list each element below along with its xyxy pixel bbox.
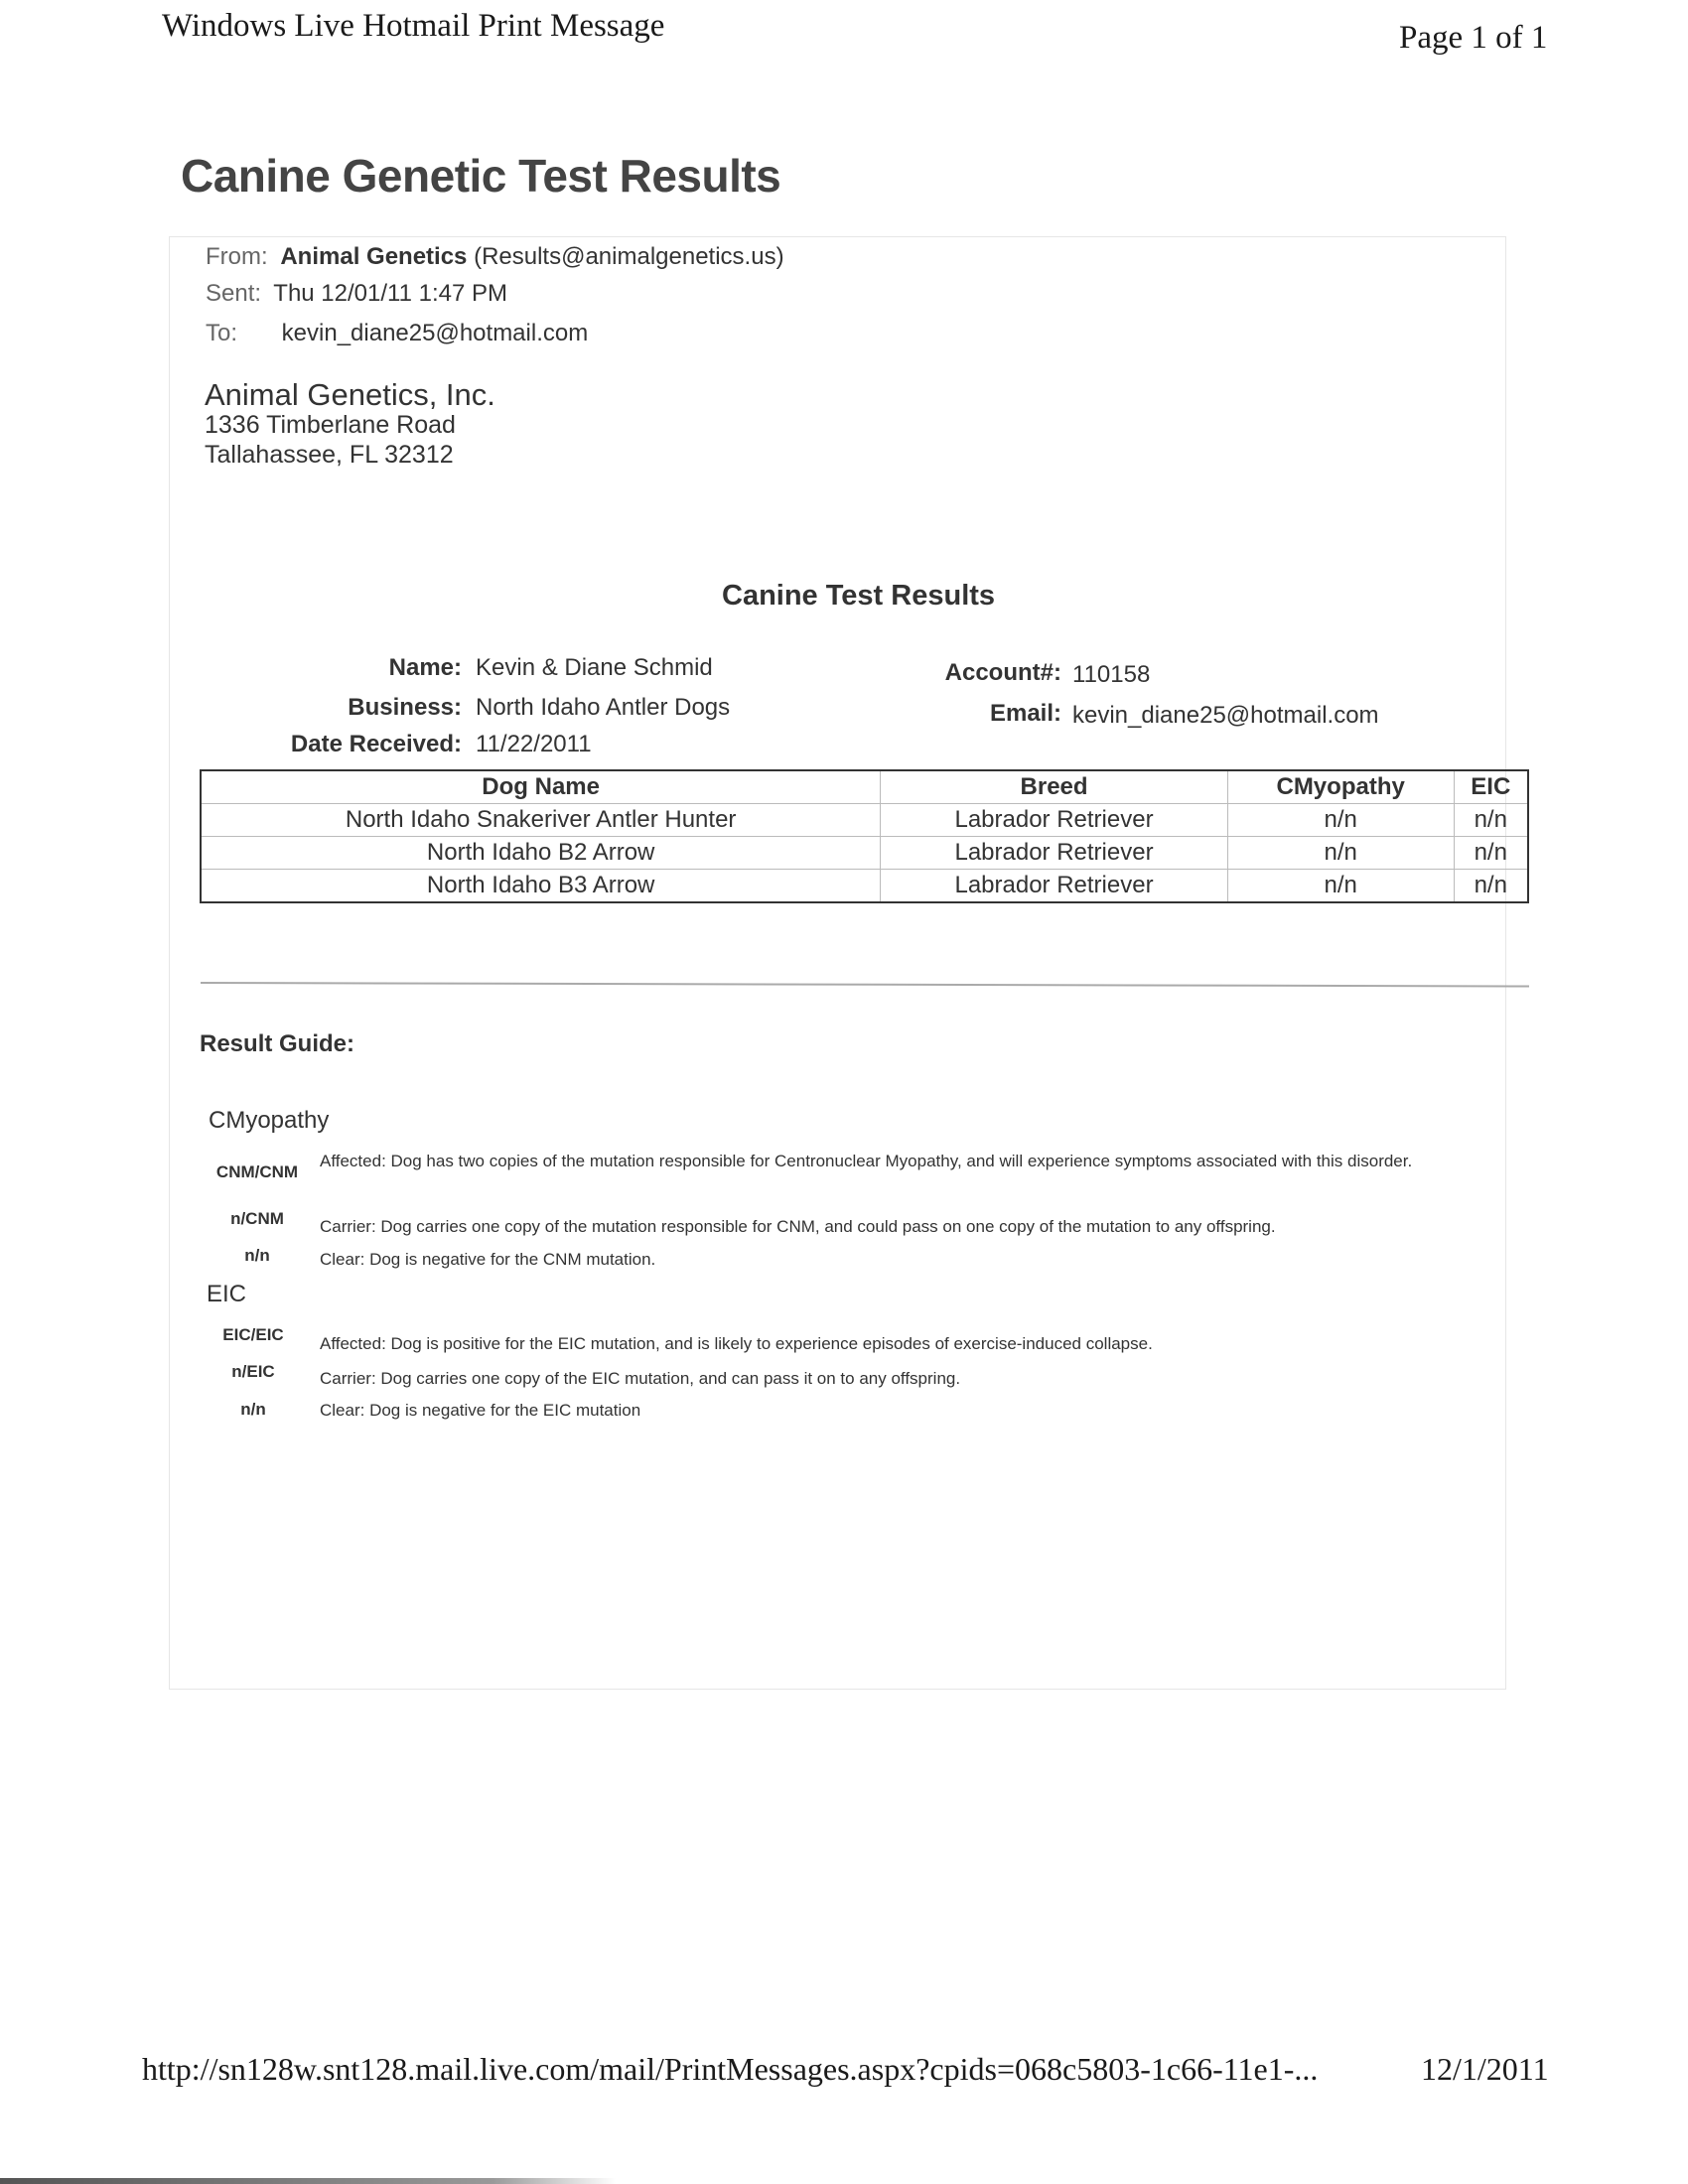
page-number: Page 1 of 1 — [1399, 20, 1547, 57]
from-row: From: Animal Genetics (Results@animalgen… — [206, 243, 784, 271]
company-city: Tallahassee, FL 32312 — [205, 441, 454, 470]
dog-name-cell: North Idaho Snakeriver Antler Hunter — [201, 804, 881, 837]
breed-cell: Labrador Retriever — [881, 837, 1227, 870]
eic-cell: n/n — [1454, 870, 1528, 903]
from-name: Animal Genetics — [280, 243, 467, 270]
guide-eic-title: EIC — [207, 1281, 246, 1308]
breed-cell: Labrador Retriever — [881, 870, 1227, 903]
result-guide-title: Result Guide: — [200, 1030, 354, 1058]
cmyopathy-cell: n/n — [1227, 837, 1454, 870]
scan-edge-shadow — [0, 2178, 616, 2184]
email-value[interactable]: kevin_diane25@hotmail.com — [1072, 702, 1379, 730]
name-label: Name: — [389, 654, 462, 682]
sent-label: Sent: — [206, 280, 261, 308]
email-label: Email: — [990, 700, 1061, 728]
column-header-eic: EIC — [1454, 770, 1528, 804]
dog-name-cell: North Idaho B3 Arrow — [201, 870, 881, 903]
table-row: North Idaho B3 Arrow Labrador Retriever … — [201, 870, 1528, 903]
guide-description: Affected: Dog is positive for the EIC mu… — [320, 1334, 1511, 1353]
breed-cell: Labrador Retriever — [881, 804, 1227, 837]
business-value: North Idaho Antler Dogs — [476, 694, 730, 722]
dog-name-cell: North Idaho B2 Arrow — [201, 837, 881, 870]
results-title: Canine Test Results — [722, 580, 995, 613]
cmyopathy-cell: n/n — [1227, 870, 1454, 903]
guide-code: CNM/CNM — [203, 1162, 312, 1182]
eic-cell: n/n — [1454, 837, 1528, 870]
email-subject: Canine Genetic Test Results — [181, 149, 780, 203]
guide-code: n/CNM — [203, 1209, 312, 1229]
table-header-row: Dog Name Breed CMyopathy EIC — [201, 770, 1528, 804]
print-footer-date: 12/1/2011 — [1421, 2051, 1549, 2088]
print-header-title: Windows Live Hotmail Print Message — [162, 8, 664, 45]
print-footer-url: http://sn128w.snt128.mail.live.com/mail/… — [142, 2051, 1318, 2088]
column-header-breed: Breed — [881, 770, 1227, 804]
guide-description: Clear: Dog is negative for the CNM mutat… — [320, 1250, 1511, 1269]
date-received-value: 11/22/2011 — [476, 731, 592, 758]
from-label: From: — [206, 243, 268, 271]
name-value: Kevin & Diane Schmid — [476, 654, 713, 682]
cmyopathy-cell: n/n — [1227, 804, 1454, 837]
guide-description: Clear: Dog is negative for the EIC mutat… — [320, 1401, 1511, 1420]
column-header-dog-name: Dog Name — [201, 770, 881, 804]
business-label: Business: — [348, 694, 462, 722]
eic-cell: n/n — [1454, 804, 1528, 837]
to-row: To: kevin_diane25@hotmail.com — [206, 320, 588, 347]
column-header-cmyopathy: CMyopathy — [1227, 770, 1454, 804]
guide-description: Affected: Dog has two copies of the muta… — [320, 1152, 1491, 1170]
table-row: North Idaho B2 Arrow Labrador Retriever … — [201, 837, 1528, 870]
results-table: Dog Name Breed CMyopathy EIC North Idaho… — [200, 769, 1529, 903]
guide-code: n/n — [203, 1246, 312, 1266]
guide-description: Carrier: Dog carries one copy of the EIC… — [320, 1369, 1511, 1388]
table-row: North Idaho Snakeriver Antler Hunter Lab… — [201, 804, 1528, 837]
to-value[interactable]: kevin_diane25@hotmail.com — [282, 320, 589, 346]
from-address[interactable]: (Results@animalgenetics.us) — [474, 243, 783, 270]
sent-row: Sent: Thu 12/01/11 1:47 PM — [206, 280, 507, 308]
guide-code: n/EIC — [199, 1362, 308, 1382]
guide-description: Carrier: Dog carries one copy of the mut… — [320, 1217, 1511, 1236]
guide-code: n/n — [199, 1400, 308, 1420]
account-label: Account#: — [945, 659, 1061, 687]
to-label: To: — [206, 320, 275, 347]
guide-cmyopathy-title: CMyopathy — [209, 1107, 329, 1135]
account-value: 110158 — [1072, 661, 1150, 689]
date-received-label: Date Received: — [291, 731, 462, 758]
guide-code: EIC/EIC — [199, 1325, 308, 1345]
company-name: Animal Genetics, Inc. — [205, 377, 495, 413]
company-street: 1336 Timberlane Road — [205, 411, 456, 440]
sent-value: Thu 12/01/11 1:47 PM — [273, 280, 507, 307]
